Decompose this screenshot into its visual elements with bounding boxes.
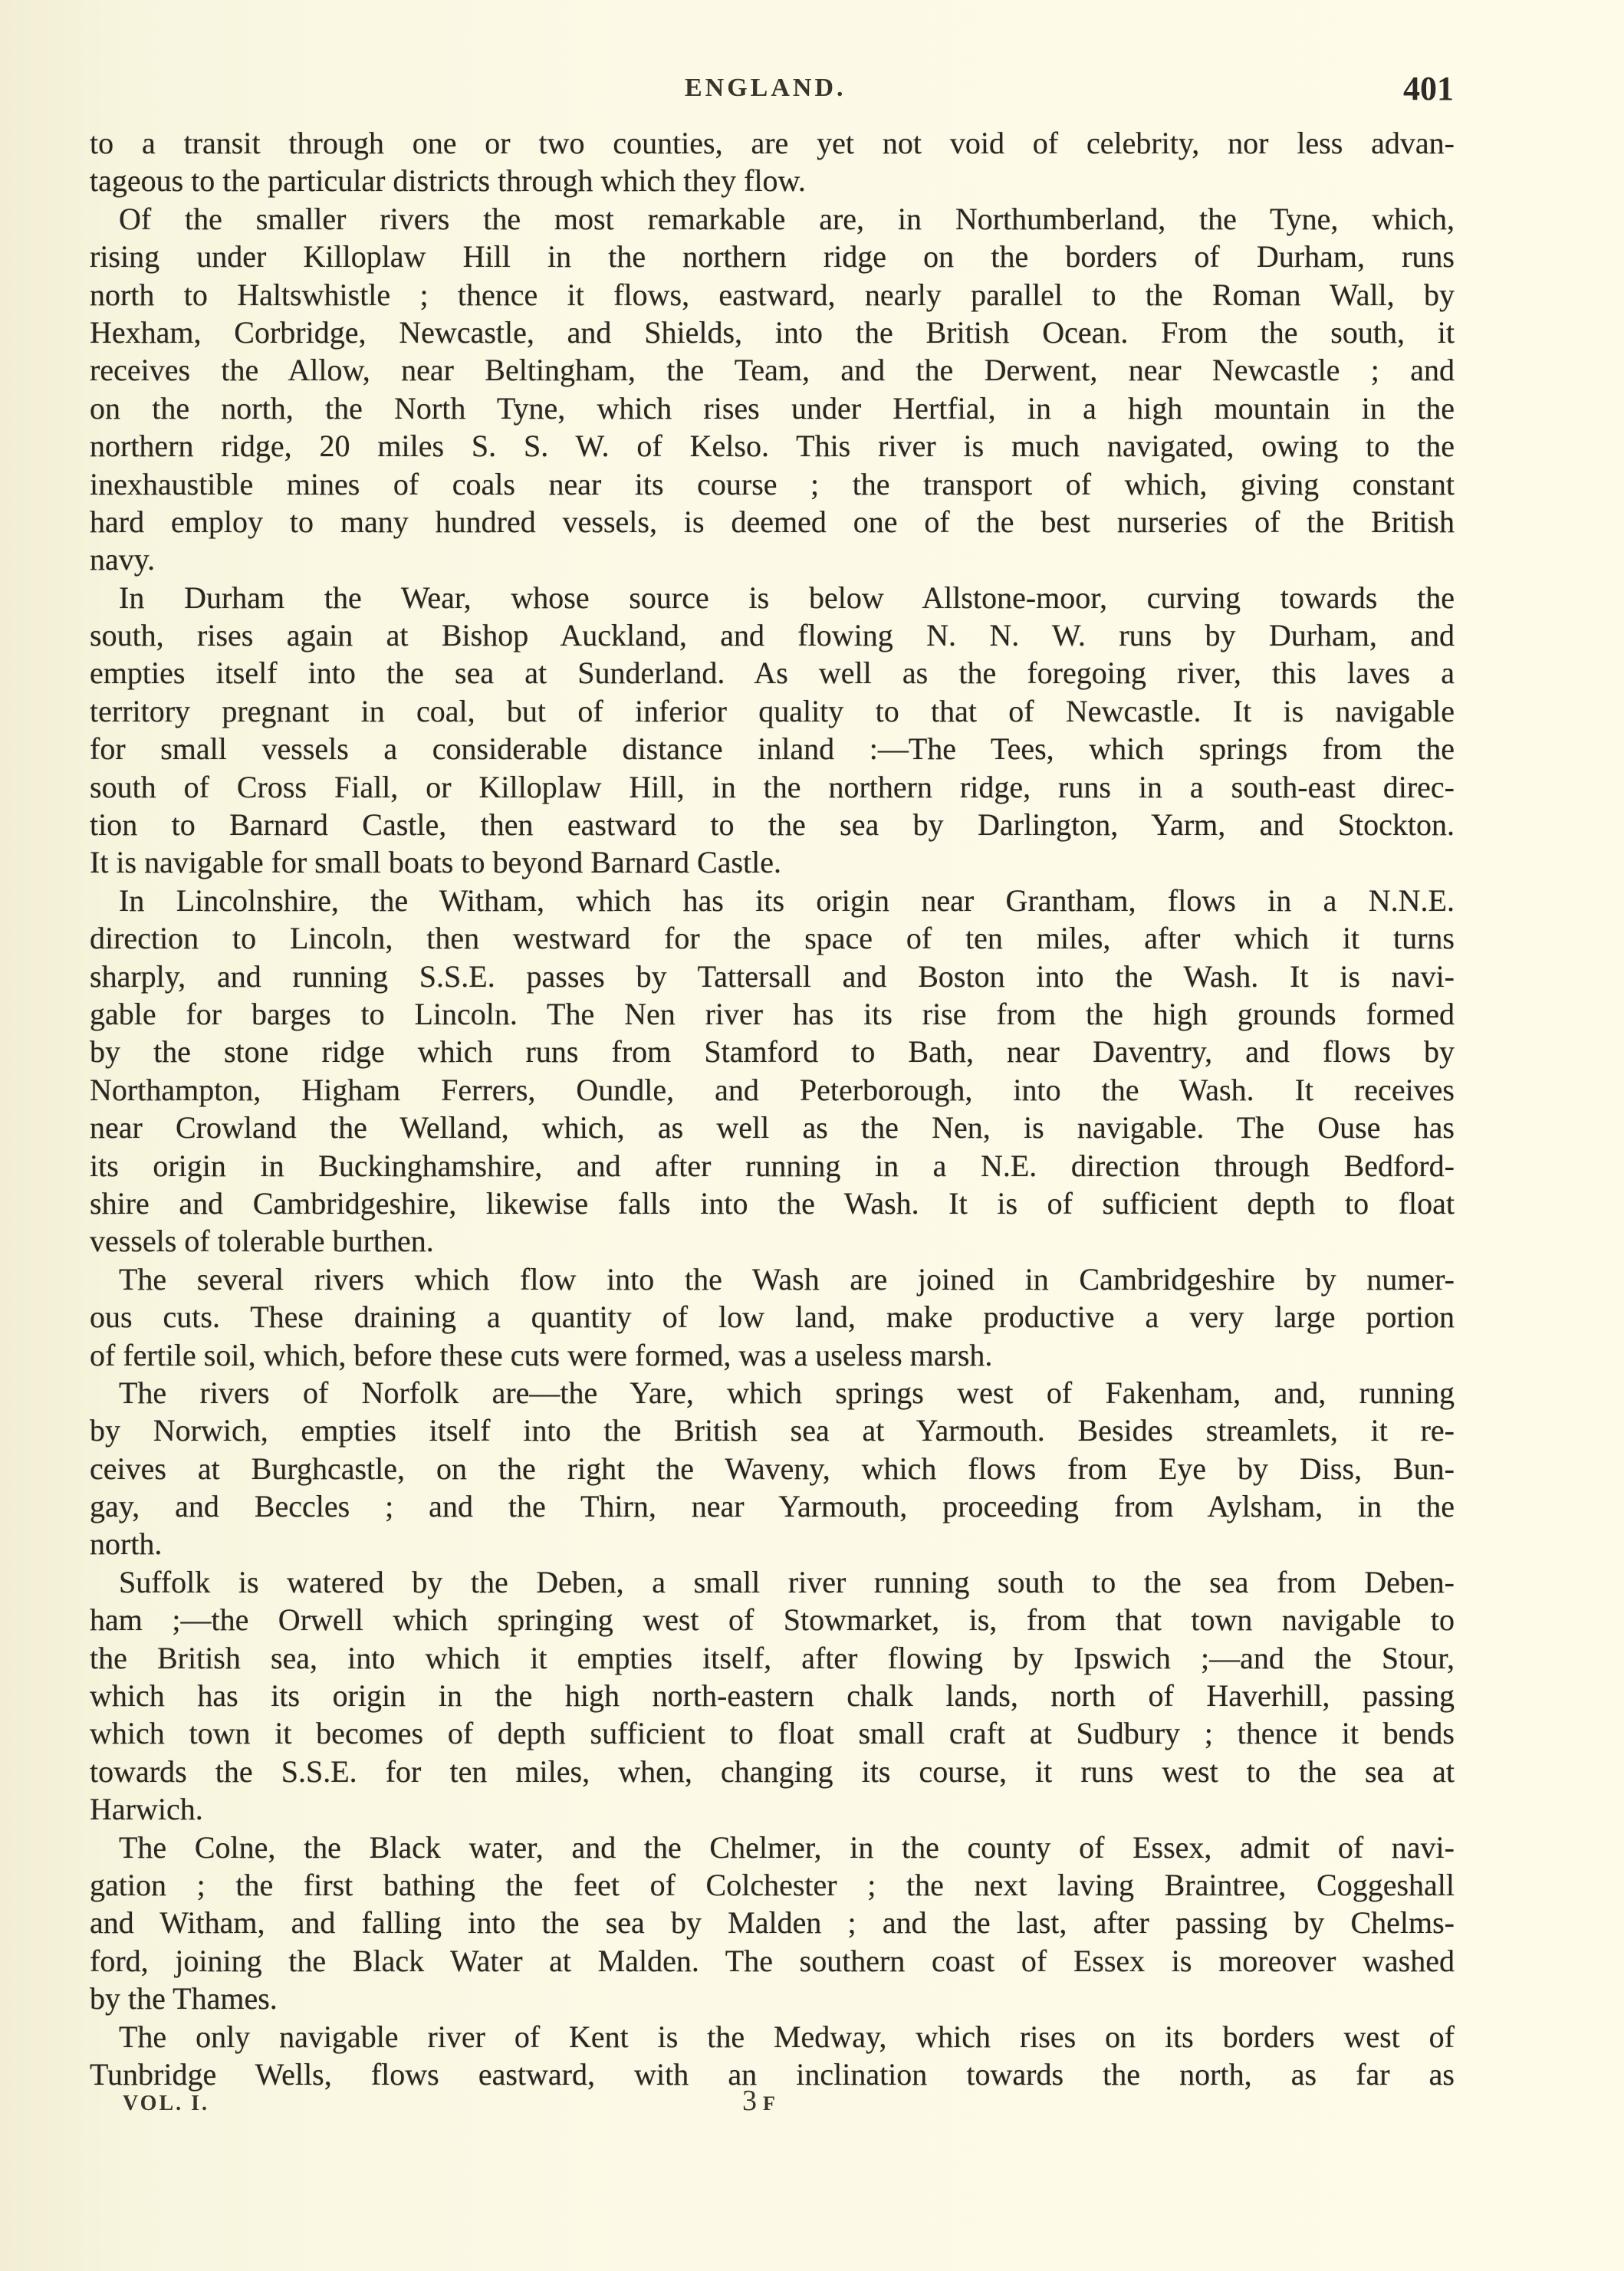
- text-line: ford, joining the Black Water at Malden.…: [90, 1942, 1455, 1980]
- paragraph-first-line: Of the smaller rivers the most remarkabl…: [90, 200, 1455, 238]
- text-line: tageous to the particular districts thro…: [90, 162, 1455, 199]
- text-line: of fertile soil, which, before these cut…: [90, 1336, 1455, 1374]
- running-head-title: ENGLAND.: [685, 74, 847, 103]
- paragraph-first-line: The rivers of Norfolk are—the Yare, whic…: [90, 1374, 1455, 1412]
- text-line: and Witham, and falling into the sea by …: [90, 1904, 1455, 1941]
- text-line: receives the Allow, near Beltingham, the…: [90, 351, 1455, 389]
- signature-letter: F: [763, 2092, 775, 2115]
- text-line: to a transit through one or two counties…: [90, 124, 1455, 162]
- text-line: ous cuts. These draining a quantity of l…: [90, 1298, 1455, 1336]
- text-line: by the Thames.: [90, 1980, 1455, 2017]
- text-line: which town it becomes of depth sufficien…: [90, 1714, 1455, 1752]
- paragraph-first-line: The only navigable river of Kent is the …: [90, 2018, 1455, 2056]
- text-line: its origin in Buckinghamshire, and after…: [90, 1147, 1455, 1185]
- text-line: towards the S.S.E. for ten miles, when, …: [90, 1753, 1455, 1790]
- text-line: which has its origin in the high north-e…: [90, 1677, 1455, 1714]
- text-line: navy.: [90, 541, 1455, 578]
- text-line: empties itself into the sea at Sunderlan…: [90, 654, 1455, 692]
- paragraph-first-line: In Lincolnshire, the Witham, which has i…: [90, 882, 1455, 919]
- text-line: north to Haltswhistle ; thence it flows,…: [90, 276, 1455, 314]
- text-line: gay, and Beccles ; and the Thirn, near Y…: [90, 1487, 1455, 1525]
- text-line: territory pregnant in coal, but of infer…: [90, 692, 1455, 730]
- paragraph-first-line: The Colne, the Black water, and the Chel…: [90, 1829, 1455, 1866]
- text-line: vessels of tolerable burthen.: [90, 1222, 1455, 1260]
- volume-label: VOL. I.: [123, 2092, 209, 2116]
- text-line: shire and Cambridgeshire, likewise falls…: [90, 1185, 1455, 1222]
- paragraph-first-line: In Durham the Wear, whose source is belo…: [90, 579, 1455, 616]
- text-line: gation ; the first bathing the feet of C…: [90, 1866, 1455, 1904]
- paragraph-first-line: Suffolk is watered by the Deben, a small…: [90, 1563, 1455, 1601]
- text-line: on the north, the North Tyne, which rise…: [90, 389, 1455, 427]
- text-line: south, rises again at Bishop Auckland, a…: [90, 616, 1455, 654]
- text-line: north.: [90, 1525, 1455, 1563]
- text-line: inexhaustible mines of coals near its co…: [90, 465, 1455, 503]
- text-line: Northampton, Higham Ferrers, Oundle, and…: [90, 1071, 1455, 1109]
- page-footer: VOL. I. 3F: [0, 2084, 1624, 2130]
- paragraph-first-line: The several rivers which flow into the W…: [90, 1260, 1455, 1298]
- text-line: sharply, and running S.S.E. passes by Ta…: [90, 958, 1455, 995]
- running-head: ENGLAND. 401: [0, 74, 1624, 112]
- text-line: northern ridge, 20 miles S. S. W. of Kel…: [90, 427, 1455, 465]
- text-line: Hexham, Corbridge, Newcastle, and Shield…: [90, 314, 1455, 351]
- body-text: to a transit through one or two counties…: [90, 124, 1455, 2093]
- text-line: by Norwich, empties itself into the Brit…: [90, 1412, 1455, 1449]
- text-line: ceives at Burghcastle, on the right the …: [90, 1450, 1455, 1487]
- page-number: 401: [1403, 69, 1454, 108]
- text-line: hard employ to many hundred vessels, is …: [90, 503, 1455, 541]
- text-line: the British sea, into which it empties i…: [90, 1639, 1455, 1677]
- text-line: gable for barges to Lincoln. The Nen riv…: [90, 995, 1455, 1033]
- text-line: ham ;—the Orwell which springing west of…: [90, 1601, 1455, 1638]
- text-line: near Crowland the Welland, which, as wel…: [90, 1109, 1455, 1146]
- text-line: rising under Killoplaw Hill in the north…: [90, 238, 1455, 275]
- text-line: tion to Barnard Castle, then eastward to…: [90, 806, 1455, 843]
- text-line: by the stone ridge which runs from Stamf…: [90, 1033, 1455, 1070]
- text-line: It is navigable for small boats to beyon…: [90, 843, 1455, 881]
- text-line: Harwich.: [90, 1790, 1455, 1828]
- text-line: direction to Lincoln, then westward for …: [90, 919, 1455, 957]
- signature-number: 3: [742, 2085, 757, 2117]
- text-line: south of Cross Fiall, or Killoplaw Hill,…: [90, 768, 1455, 806]
- text-line: for small vessels a considerable distanc…: [90, 730, 1455, 767]
- signature-mark: 3F: [742, 2084, 775, 2118]
